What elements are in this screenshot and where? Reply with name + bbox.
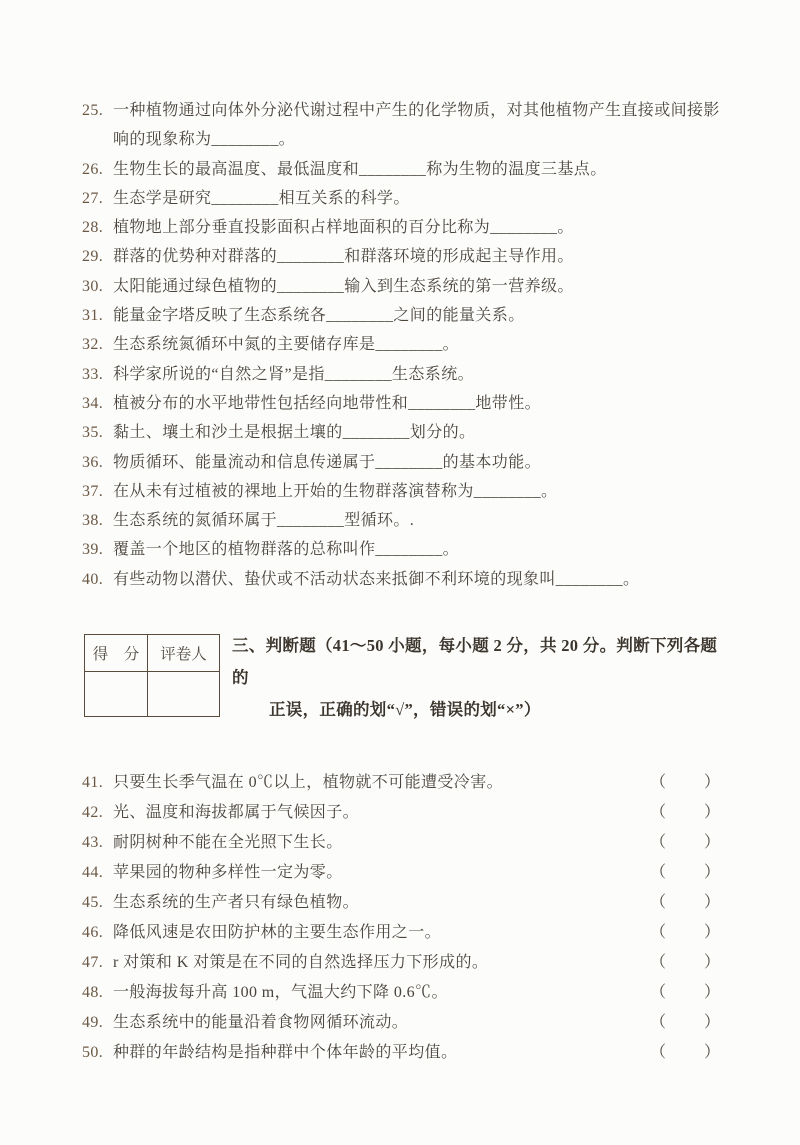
fill-blank-section: 25. 一种植物通过向体外分泌代谢过程中产生的化学物质，对其他植物产生直接或间接… xyxy=(0,0,800,594)
true-false-question: 45. 生态系统的生产者只有绿色植物。 （ ） xyxy=(82,888,722,918)
true-false-section: 41. 只要生长季气温在 0℃以上，植物就不可能遭受冷害。 （ ） 42. 光、… xyxy=(0,768,800,1068)
grader-empty-cell xyxy=(148,672,220,717)
fill-blank-question: 26. 生物生长的最高温度、最低温度和________称为生物的温度三基点。 xyxy=(82,155,730,184)
question-number: 28. xyxy=(82,213,113,242)
true-false-question: 50. 种群的年龄结构是指种群中个体年龄的平均值。 （ ） xyxy=(82,1038,722,1068)
question-text: 生物生长的最高温度、最低温度和________称为生物的温度三基点。 xyxy=(113,155,730,184)
question-number: 43. xyxy=(82,828,113,858)
question-number: 47. xyxy=(82,948,113,978)
question-number: 36. xyxy=(82,448,113,477)
section-heading-line2: 正误，正确的划“√”，错误的划“×”） xyxy=(269,694,722,726)
answer-bracket: （ ） xyxy=(650,948,722,978)
question-text: 黏土、壤土和沙土是根据土壤的________划分的。 xyxy=(113,418,730,447)
question-text: 生态系统的生产者只有绿色植物。 xyxy=(113,888,650,918)
true-false-question: 48. 一般海拔每升高 100 m，气温大约下降 0.6℃。 （ ） xyxy=(82,978,722,1008)
question-number: 33. xyxy=(82,360,113,389)
question-text: 生态系统的氮循环属于________型循环。. xyxy=(113,506,730,535)
question-number: 31. xyxy=(82,301,113,330)
fill-blank-question: 34. 植被分布的水平地带性包括经向地带性和________地带性。 xyxy=(82,389,730,418)
true-false-question: 44. 苹果园的物种多样性一定为零。 （ ） xyxy=(82,858,722,888)
question-number: 40. xyxy=(82,565,113,594)
true-false-question: 41. 只要生长季气温在 0℃以上，植物就不可能遭受冷害。 （ ） xyxy=(82,768,722,798)
answer-bracket: （ ） xyxy=(650,918,722,948)
question-number: 27. xyxy=(82,184,113,213)
question-number: 49. xyxy=(82,1008,113,1038)
true-false-question: 47. r 对策和 K 对策是在不同的自然选择压力下形成的。 （ ） xyxy=(82,948,722,978)
fill-blank-question: 27. 生态学是研究________相互关系的科学。 xyxy=(82,184,730,213)
answer-bracket: （ ） xyxy=(650,768,722,798)
true-false-question: 49. 生态系统中的能量沿着食物网循环流动。 （ ） xyxy=(82,1008,722,1038)
question-text: 覆盖一个地区的植物群落的总称叫作________。 xyxy=(113,535,730,564)
question-number: 37. xyxy=(82,477,113,506)
fill-blank-question: 35. 黏土、壤土和沙土是根据土壤的________划分的。 xyxy=(82,418,730,447)
true-false-question: 46. 降低风速是农田防护林的主要生态作用之一。 （ ） xyxy=(82,918,722,948)
fill-blank-question: 29. 群落的优势种对群落的________和群落环境的形成起主导作用。 xyxy=(82,242,730,271)
question-number: 41. xyxy=(82,768,113,798)
question-number: 45. xyxy=(82,888,113,918)
question-number: 29. xyxy=(82,242,113,271)
answer-bracket: （ ） xyxy=(650,888,722,918)
question-number: 25. xyxy=(82,96,113,125)
answer-bracket: （ ） xyxy=(650,858,722,888)
question-text: 光、温度和海拔都属于气候因子。 xyxy=(113,798,650,828)
question-text: 植物地上部分垂直投影面积占样地面积的百分比称为________。 xyxy=(113,213,730,242)
question-text: 有些动物以潜伏、蛰伏或不活动状态来抵御不利环境的现象叫________。 xyxy=(113,565,730,594)
question-text: 太阳能通过绿色植物的________输入到生态系统的第一营养级。 xyxy=(113,272,730,301)
answer-bracket: （ ） xyxy=(650,1008,722,1038)
fill-blank-question: 37. 在从未有过植被的裸地上开始的生物群落演替称为________。 xyxy=(82,477,730,506)
score-empty-cell xyxy=(85,672,148,717)
true-false-question: 42. 光、温度和海拔都属于气候因子。 （ ） xyxy=(82,798,722,828)
true-false-question: 43. 耐阴树种不能在全光照下生长。 （ ） xyxy=(82,828,722,858)
fill-blank-question: 31. 能量金字塔反映了生态系统各________之间的能量关系。 xyxy=(82,301,730,330)
question-number: 34. xyxy=(82,389,113,418)
fill-blank-question: 30. 太阳能通过绿色植物的________输入到生态系统的第一营养级。 xyxy=(82,272,730,301)
question-number: 39. xyxy=(82,535,113,564)
score-label: 得 分 xyxy=(85,635,148,672)
question-text: 种群的年龄结构是指种群中个体年龄的平均值。 xyxy=(113,1038,650,1068)
question-number: 32. xyxy=(82,330,113,359)
fill-blank-question: 39. 覆盖一个地区的植物群落的总称叫作________。 xyxy=(82,535,730,564)
question-number: 44. xyxy=(82,858,113,888)
question-text: 植被分布的水平地带性包括经向地带性和________地带性。 xyxy=(113,389,730,418)
fill-blank-question: 28. 植物地上部分垂直投影面积占样地面积的百分比称为________。 xyxy=(82,213,730,242)
question-number: 38. xyxy=(82,506,113,535)
question-text: 一般海拔每升高 100 m，气温大约下降 0.6℃。 xyxy=(113,978,650,1008)
question-number: 30. xyxy=(82,272,113,301)
question-number: 42. xyxy=(82,798,113,828)
question-text: 苹果园的物种多样性一定为零。 xyxy=(113,858,650,888)
question-text: 生态学是研究________相互关系的科学。 xyxy=(113,184,730,213)
fill-blank-question: 36. 物质循环、能量流动和信息传递属于________的基本功能。 xyxy=(82,448,730,477)
question-number: 46. xyxy=(82,918,113,948)
answer-bracket: （ ） xyxy=(650,1038,722,1068)
question-text: 只要生长季气温在 0℃以上，植物就不可能遭受冷害。 xyxy=(113,768,650,798)
question-text: 物质循环、能量流动和信息传递属于________的基本功能。 xyxy=(113,448,730,477)
grader-label: 评卷人 xyxy=(148,635,220,672)
question-number: 50. xyxy=(82,1038,113,1068)
fill-blank-question: 40. 有些动物以潜伏、蛰伏或不活动状态来抵御不利环境的现象叫________。 xyxy=(82,565,730,594)
question-text: 在从未有过植被的裸地上开始的生物群落演替称为________。 xyxy=(113,477,730,506)
section-heading: 三、判断题（41～50 小题，每小题 2 分，共 20 分。判断下列各题的 正误… xyxy=(232,630,722,726)
answer-bracket: （ ） xyxy=(650,798,722,828)
question-text: 生态系统中的能量沿着食物网循环流动。 xyxy=(113,1008,650,1038)
question-text: 一种植物通过向体外分泌代谢过程中产生的化学物质，对其他植物产生直接或间接影 响的… xyxy=(113,96,730,155)
score-box: 得 分 评卷人 xyxy=(84,634,220,717)
question-text: 降低风速是农田防护林的主要生态作用之一。 xyxy=(113,918,650,948)
question-number: 26. xyxy=(82,155,113,184)
question-text: 群落的优势种对群落的________和群落环境的形成起主导作用。 xyxy=(113,242,730,271)
section-heading-line1: 三、判断题（41～50 小题，每小题 2 分，共 20 分。判断下列各题的 xyxy=(232,630,722,694)
question-text: 能量金字塔反映了生态系统各________之间的能量关系。 xyxy=(113,301,730,330)
question-text: 耐阴树种不能在全光照下生长。 xyxy=(113,828,650,858)
question-text: r 对策和 K 对策是在不同的自然选择压力下形成的。 xyxy=(113,948,650,978)
fill-blank-question: 25. 一种植物通过向体外分泌代谢过程中产生的化学物质，对其他植物产生直接或间接… xyxy=(82,96,730,155)
question-number: 48. xyxy=(82,978,113,1008)
answer-bracket: （ ） xyxy=(650,828,722,858)
score-box-empty-row xyxy=(85,672,220,717)
section-three-header: 得 分 评卷人 三、判断题（41～50 小题，每小题 2 分，共 20 分。判断… xyxy=(84,628,800,726)
question-number: 35. xyxy=(82,418,113,447)
score-box-label-row: 得 分 评卷人 xyxy=(85,635,220,672)
question-text: 生态系统氮循环中氮的主要储存库是________。 xyxy=(113,330,730,359)
answer-bracket: （ ） xyxy=(650,978,722,1008)
question-text: 科学家所说的“自然之肾”是指________生态系统。 xyxy=(113,360,730,389)
fill-blank-question: 33. 科学家所说的“自然之肾”是指________生态系统。 xyxy=(82,360,730,389)
exam-page: 25. 一种植物通过向体外分泌代谢过程中产生的化学物质，对其他植物产生直接或间接… xyxy=(0,0,800,1145)
fill-blank-question: 38. 生态系统的氮循环属于________型循环。. xyxy=(82,506,730,535)
fill-blank-question: 32. 生态系统氮循环中氮的主要储存库是________。 xyxy=(82,330,730,359)
